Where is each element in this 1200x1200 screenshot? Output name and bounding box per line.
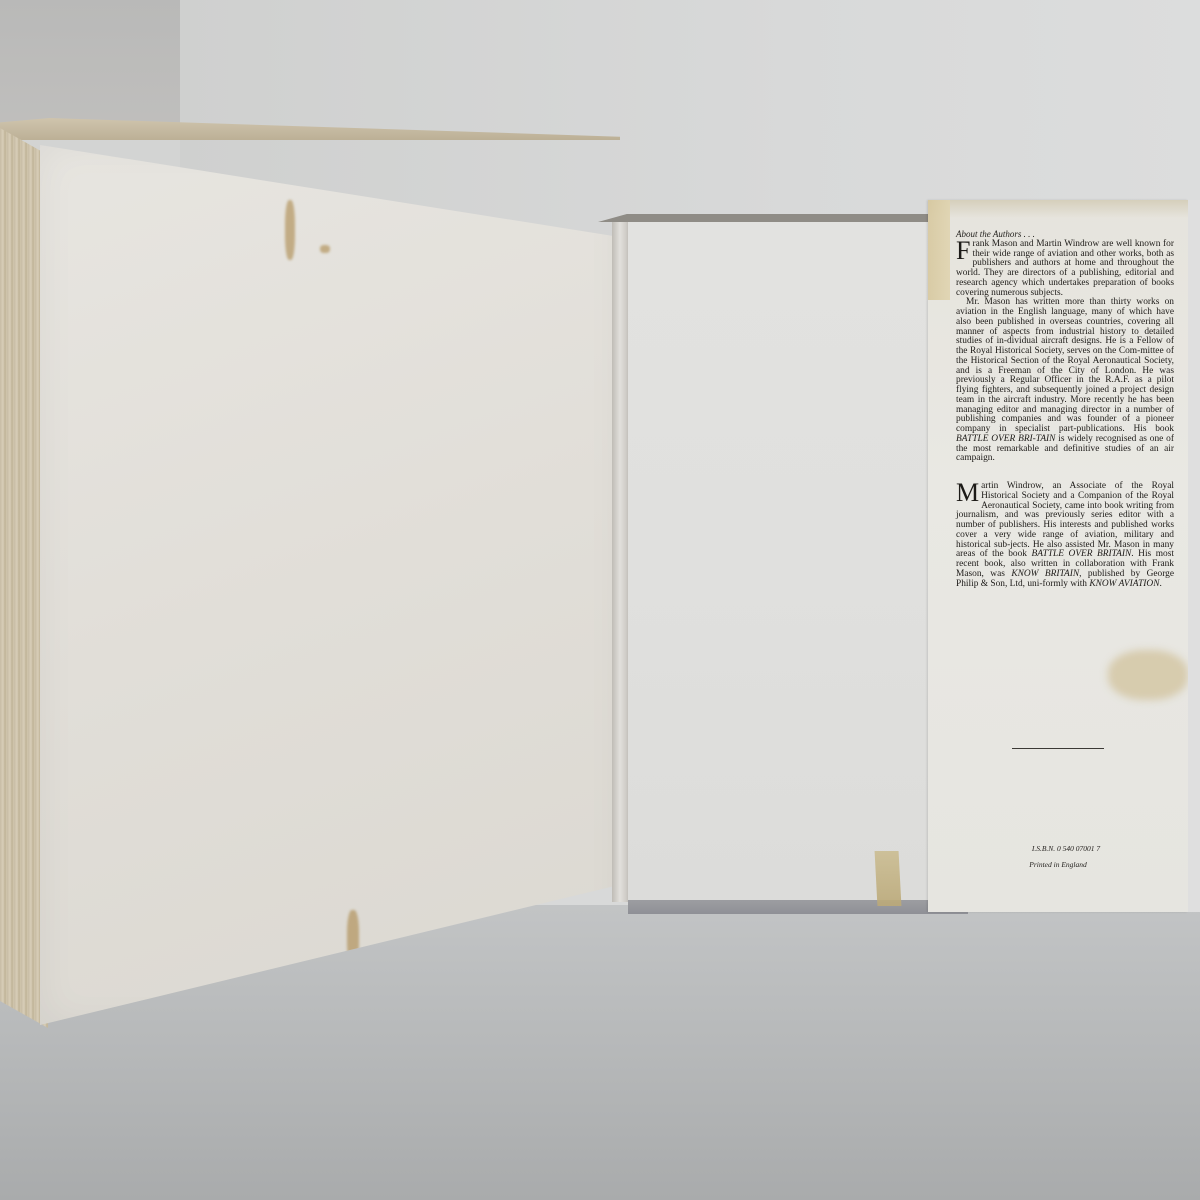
background-wall-shadow bbox=[0, 0, 180, 140]
background-wall-right bbox=[1188, 200, 1200, 912]
windrow-bio-paragraph: Martin Windrow, an Associate of the Roya… bbox=[956, 482, 1174, 589]
left-endpaper bbox=[40, 145, 622, 1025]
paragraph-text: Mr. Mason has written more than thirty w… bbox=[956, 297, 1174, 434]
drop-cap: F bbox=[956, 241, 972, 261]
foxing-stain bbox=[320, 245, 330, 253]
tape-remnant bbox=[875, 851, 902, 906]
tape-strip bbox=[928, 200, 950, 300]
authors-intro-paragraph: Frank Mason and Martin Windrow are well … bbox=[956, 240, 1174, 299]
mason-bio-paragraph: Mr. Mason has written more than thirty w… bbox=[956, 298, 1174, 464]
tape-residue bbox=[928, 200, 1188, 218]
paragraph-text: . bbox=[1159, 579, 1161, 589]
paragraph-text: rank Mason and Martin Windrow are well k… bbox=[956, 239, 1174, 298]
dust-jacket-flap: About the Authors . . . Frank Mason and … bbox=[928, 200, 1188, 912]
foxing-stain bbox=[285, 200, 295, 260]
printed-in-text: Printed in England bbox=[928, 860, 1188, 869]
divider-rule bbox=[1012, 748, 1104, 749]
paragraph-text: artin Windrow, an Associate of the Royal… bbox=[956, 481, 1174, 559]
isbn-text: I.S.B.N. 0 540 07001 7 bbox=[928, 844, 1188, 853]
drop-cap: M bbox=[956, 483, 981, 503]
book-title: BATTLE OVER BRI-TAIN bbox=[956, 434, 1055, 444]
right-endpaper bbox=[628, 222, 928, 902]
book-title: KNOW BRITAIN bbox=[1011, 569, 1079, 579]
cover-board-bottom-edge bbox=[628, 900, 968, 914]
flap-text-block: About the Authors . . . Frank Mason and … bbox=[956, 230, 1174, 589]
flap-stain bbox=[1108, 650, 1188, 700]
cover-board-top-edge bbox=[598, 214, 958, 222]
book-title: KNOW AVIATION bbox=[1089, 579, 1159, 589]
book-title: BATTLE OVER BRITAIN bbox=[1032, 549, 1132, 559]
